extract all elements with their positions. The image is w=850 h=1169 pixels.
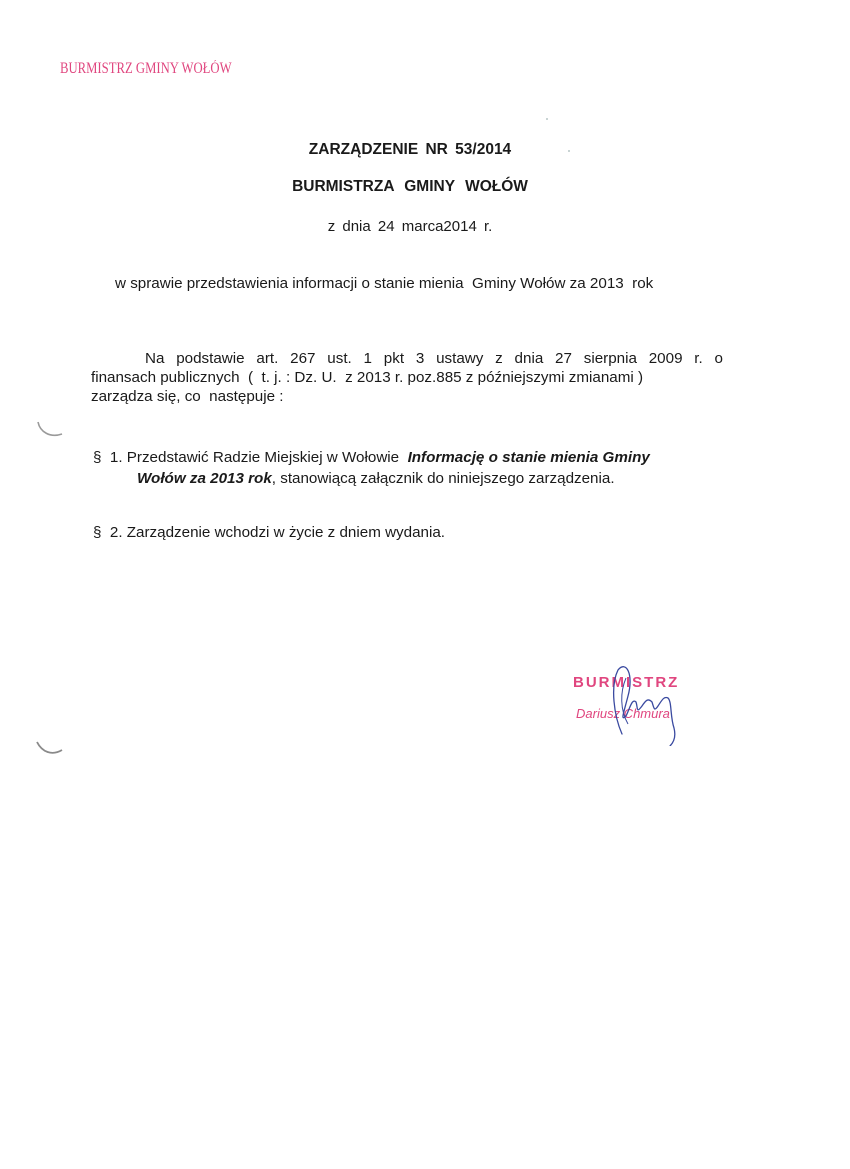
- legal-basis: Na podstawie art. 267 ust. 1 pkt 3 ustaw…: [91, 349, 723, 406]
- punch-hole-mark-icon: [34, 420, 64, 440]
- document-subject: w sprawie przedstawienia informacji o st…: [115, 275, 653, 292]
- paragraph-1-prefix: § 1. Przedstawić Radzie Miejskiej w Woło…: [93, 449, 408, 466]
- paragraph-1-emphasis-a: Informację o stanie mienia Gminy: [408, 449, 650, 466]
- legal-basis-line-3: zarządza się, co następuje :: [91, 387, 723, 406]
- handwritten-signature-icon: [570, 656, 720, 746]
- signature-block: BURMISTRZ Dariusz Chmura: [570, 670, 720, 740]
- punch-hole-mark-icon: [34, 738, 64, 758]
- paragraph-2: § 2. Zarządzenie wchodzi w życie z dniem…: [93, 522, 445, 543]
- scan-speck: [546, 118, 548, 120]
- legal-basis-line-2: finansach publicznych ( t. j. : Dz. U. z…: [91, 368, 723, 387]
- header-stamp: BURMISTRZ GMINY WOŁÓW: [60, 60, 232, 78]
- paragraph-1: § 1. Przedstawić Radzie Miejskiej w Woło…: [93, 447, 733, 489]
- issuer-title: BURMISTRZA GMINY WOŁÓW: [0, 178, 820, 196]
- document-title: ZARZĄDZENIE NR 53/2014: [0, 141, 820, 159]
- document-date: z dnia 24 marca2014 r.: [0, 218, 820, 235]
- paragraph-1-suffix: , stanowiącą załącznik do niniejszego za…: [272, 470, 615, 487]
- legal-basis-line-1: Na podstawie art. 267 ust. 1 pkt 3 ustaw…: [91, 349, 723, 368]
- scan-speck: [568, 150, 570, 152]
- paragraph-1-emphasis-b: Wołów za 2013 rok: [137, 470, 272, 487]
